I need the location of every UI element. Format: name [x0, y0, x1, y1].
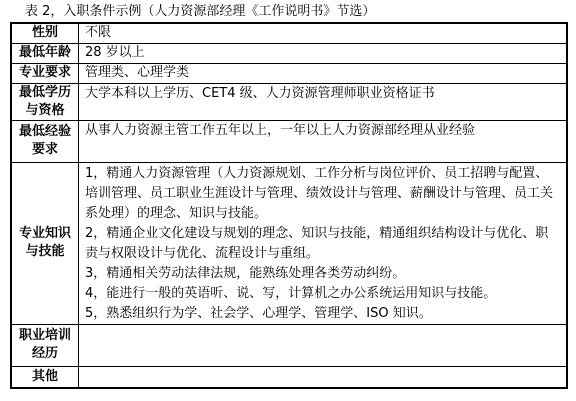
table-row-min-education: 最低学历 与资格 大学本科以上学历、CET4 级、人力资源管理师职业资格证书: [11, 83, 567, 120]
table-row-other: 其他: [11, 366, 567, 388]
row-value-other: [79, 366, 568, 388]
row-label-training-history: 职业培训 经历: [11, 324, 79, 366]
row-value-knowledge-skills: 1，精通人力资源管理（人力资源规划、工作分析与岗位评价、员工招聘与配置、培训管理…: [79, 162, 568, 324]
skill-item-3: 3，精通相关劳动法律法规，能熟练处理各类劳动纠纷。: [85, 264, 560, 284]
row-value-gender: 不限: [79, 23, 568, 43]
table-row-training-history: 职业培训 经历: [11, 324, 567, 366]
row-value-major-requirement: 管理类、心理学类: [79, 63, 568, 83]
table-row-major-requirement: 专业要求 管理类、心理学类: [11, 63, 567, 83]
row-value-min-experience: 从事人力资源主管工作五年以上，一年以上人力资源部经理从业经验: [79, 120, 568, 162]
table-row-knowledge-skills: 专业知识 与技能 1，精通人力资源管理（人力资源规划、工作分析与岗位评价、员工招…: [11, 162, 567, 324]
table-row-min-experience: 最低经验 要求 从事人力资源主管工作五年以上，一年以上人力资源部经理从业经验: [11, 120, 567, 162]
job-conditions-table: 性别 不限 最低年龄 28 岁以上 专业要求 管理类、心理学类 最低学历 与资格…: [10, 22, 568, 389]
table-row-min-age: 最低年龄 28 岁以上: [11, 43, 567, 63]
row-value-min-age: 28 岁以上: [79, 43, 568, 63]
row-label-other: 其他: [11, 366, 79, 388]
skill-item-5: 5，熟悉组织行为学、社会学、心理学、管理学、ISO 知识。: [85, 304, 560, 324]
row-label-min-experience: 最低经验 要求: [11, 120, 79, 162]
table-row-gender: 性别 不限: [11, 23, 567, 43]
row-label-major-requirement: 专业要求: [11, 63, 79, 83]
skill-item-4: 4，能进行一般的英语听、说、写，计算机之办公系统运用知识与技能。: [85, 284, 560, 304]
row-label-gender: 性别: [11, 23, 79, 43]
document-page: 表 2，入职条件示例（人力资源部经理《工作说明书》节选） 性别 不限 最低年龄 …: [0, 0, 576, 401]
row-value-min-education: 大学本科以上学历、CET4 级、人力资源管理师职业资格证书: [79, 83, 568, 120]
row-label-min-age: 最低年龄: [11, 43, 79, 63]
row-label-knowledge-skills: 专业知识 与技能: [11, 162, 79, 324]
row-label-min-education: 最低学历 与资格: [11, 83, 79, 120]
skill-item-2: 2，精通企业文化建设与规划的理念、知识与技能，精通组织结构设计与优化、职责与权限…: [85, 224, 560, 264]
skill-item-1: 1，精通人力资源管理（人力资源规划、工作分析与岗位评价、员工招聘与配置、培训管理…: [85, 164, 560, 224]
row-value-training-history: [79, 324, 568, 366]
table-caption: 表 2，入职条件示例（人力资源部经理《工作说明书》节选）: [25, 4, 576, 19]
